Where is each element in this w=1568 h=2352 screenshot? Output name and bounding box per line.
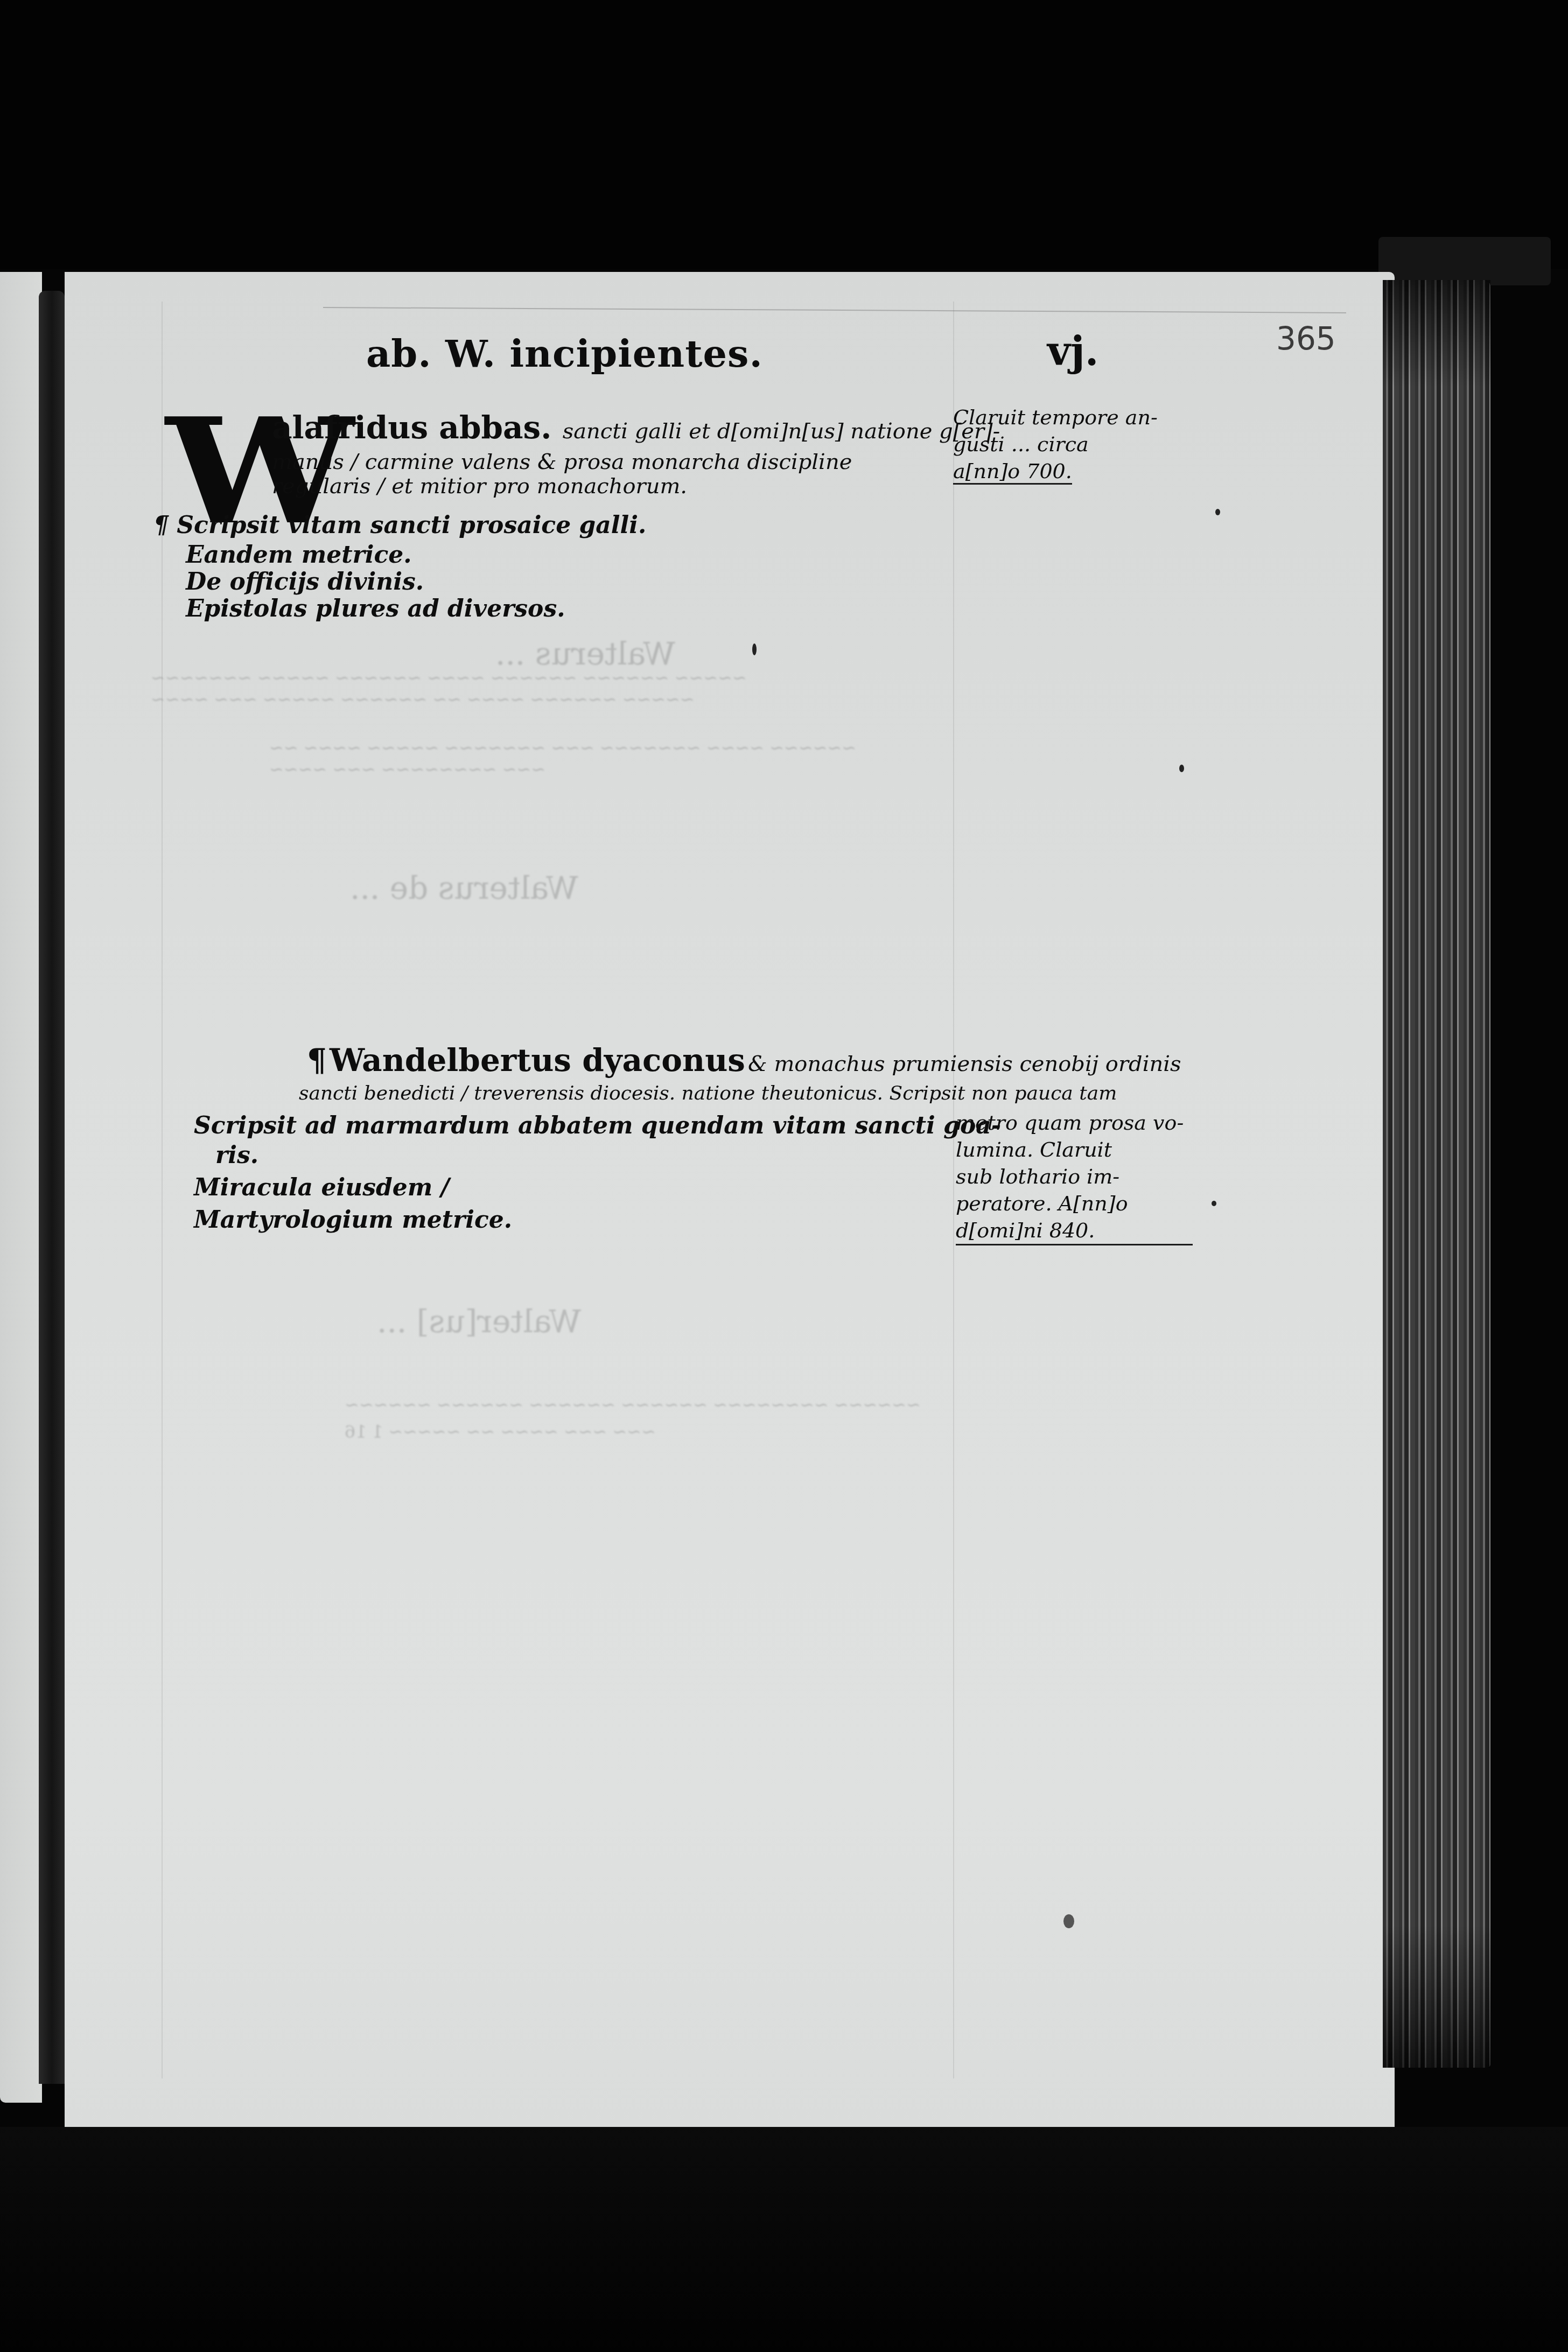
show-through-line: ~~~~~ ~~~~~~ ~~~~~~ ~~~~ ~~~~~~ ~~~~~ ~~… (151, 668, 747, 688)
margin-year: peratore. A[nn]o d[omi]ni 840. (956, 1190, 1193, 1245)
dark-background-bottom (0, 2127, 1568, 2352)
book-gutter (39, 291, 65, 2084)
entry-description-line: sancti benedicti / treverensis diocesis.… (299, 1082, 1117, 1104)
ink-spot (1063, 1914, 1074, 1928)
ink-spot (1212, 1201, 1216, 1206)
entry-description-line: manus / carmine valens & prosa monarcha … (272, 450, 852, 474)
show-through-line: ~~~~~~ ~~~~~~~~ ~~~~~~ ~~~~~~ ~~~~~~ ~~~… (345, 1395, 921, 1415)
work-item: Martyrologium metrice. (194, 1206, 512, 1234)
page-block-edges (1383, 280, 1490, 2068)
show-through-line: ~~~ ~~~~~~~~ ~~~ ~~~~ (269, 759, 545, 780)
work-item: Miracula eiusdem / (194, 1174, 450, 1201)
margin-note: Claruit tempore an- gusti ... circa a[nn… (953, 404, 1179, 485)
paraph-mark: ¶ (307, 1042, 327, 1079)
entry-name: Wandelbertus dyaconus (330, 1042, 745, 1079)
ink-spot (1215, 509, 1220, 515)
book-binding (1378, 237, 1551, 285)
show-through-line: ~~~~~~ ~~~~ ~~~~~~~ ~~~ ~~~~~~~ ~~~~~ ~~… (269, 738, 856, 758)
work-item: ¶ Scripsit vitam sancti prosaice galli. (153, 512, 646, 539)
show-through-heading: Walterus de ... (350, 870, 578, 906)
dark-background-top (0, 0, 1568, 269)
entry-description-line: regularis / et mitior pro monachorum. (272, 474, 687, 499)
work-item: Epistolas plures ad diversos. (186, 595, 565, 622)
section-folio: vj. (1047, 328, 1099, 375)
entry-name: alafridus abbas. sancti galli et d[omi]n… (272, 409, 1000, 446)
margin-ruling (162, 302, 163, 2078)
running-heading: ab. W. incipientes. (366, 331, 763, 376)
facing-page-edge (0, 272, 42, 2103)
show-through-heading: Walterus ... (495, 635, 675, 672)
margin-ruling (953, 302, 954, 2078)
show-through-line: ~~~ ~~~ ~~~~ ~~ ~~~~~ 1 16 (345, 1422, 656, 1442)
work-item: Eandem metrice. (186, 541, 412, 569)
work-item: ris. (215, 1142, 258, 1169)
work-item: De officijs divinis. (186, 568, 424, 596)
pencil-folio-number: 365 (1276, 320, 1336, 357)
ink-spot (1179, 765, 1184, 772)
margin-year: a[nn]o 700. (953, 459, 1072, 485)
show-through-line: ~~~~~ ~~~~~~ ~~~~ ~~ ~~~~~~ ~~~~~ ~~~ ~~… (151, 689, 695, 710)
entry-heading: ¶ Wandelbertus dyaconus & monachus prumi… (307, 1042, 1181, 1079)
work-item: Scripsit ad marmardum abbatem quendam vi… (194, 1112, 1001, 1139)
entry-description-line: sancti galli et d[omi]n[us] natione g[er… (563, 419, 1000, 444)
entry-description-line: & monachus prumiensis cenobij ordinis (748, 1052, 1181, 1076)
show-through-heading: Walter[us] ... (377, 1303, 581, 1340)
ink-spot (752, 643, 757, 655)
